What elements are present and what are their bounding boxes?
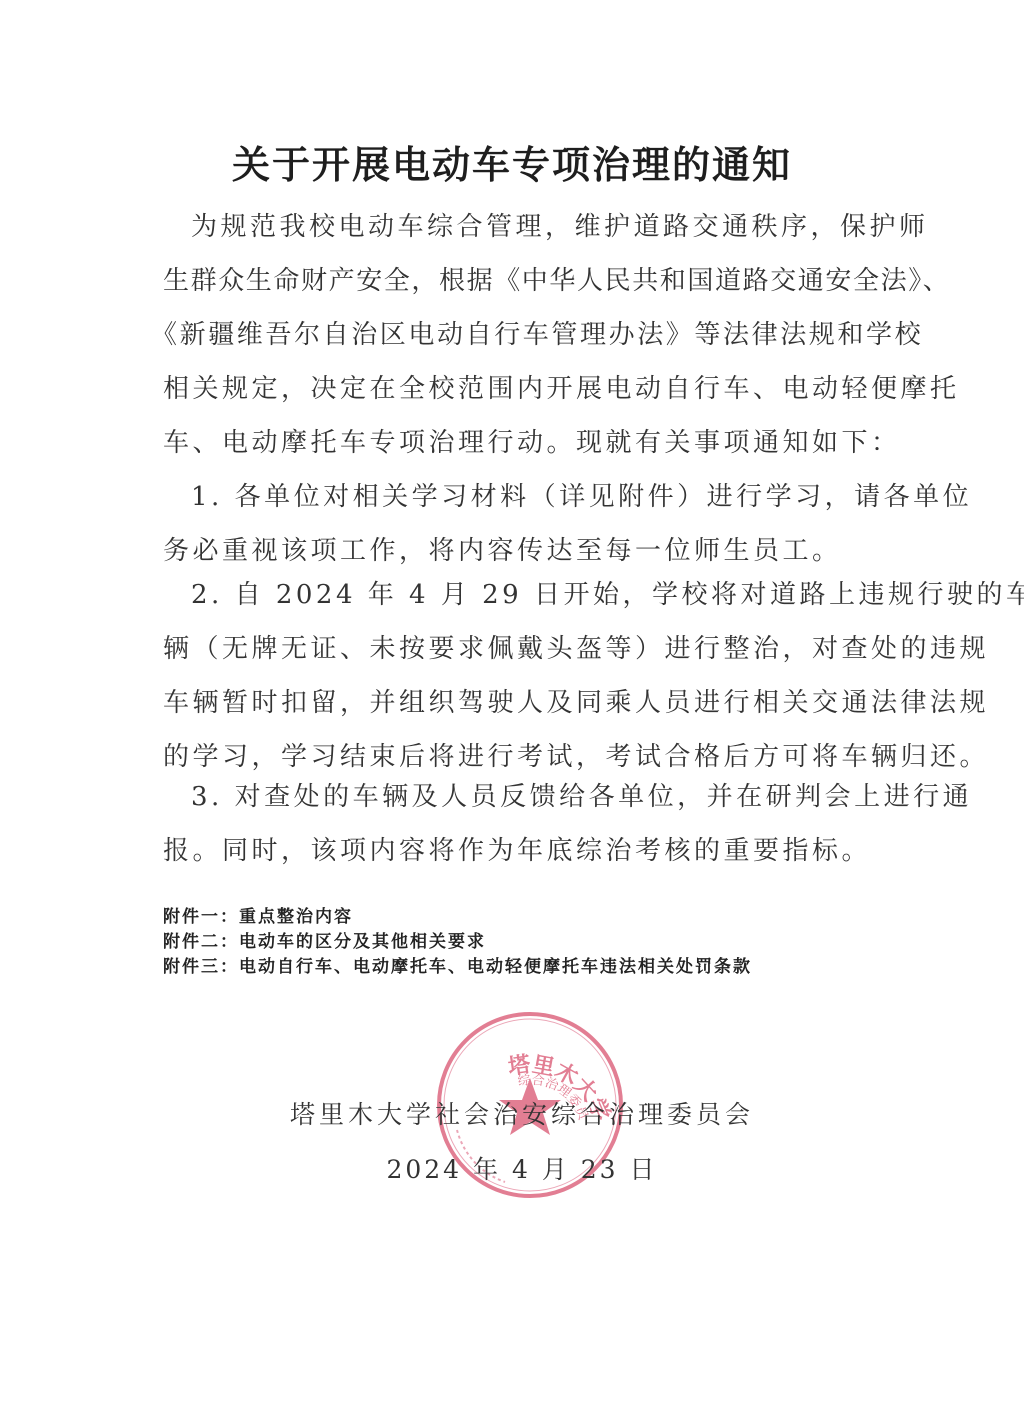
item-2-line: 2. 自 2024 年 4 月 29 日开始，学校将对道路上违规行驶的车 — [163, 568, 883, 622]
page-title: 关于开展电动车专项治理的通知 — [0, 134, 1024, 189]
item-3: 3. 对查处的车辆及人员反馈给各单位，并在研判会上进行通 报。同时，该项内容将作… — [163, 770, 883, 878]
issuing-committee: 塔里木大学社会治安综合治理委员会 — [0, 1095, 1024, 1131]
attachments-list: 附件一：重点整治内容 附件二：电动车的区分及其他相关要求 附件三：电动自行车、电… — [163, 905, 752, 980]
intro-line: 车、电动摩托车专项治理行动。现就有关事项通知如下： — [163, 416, 883, 470]
issue-date: 2024 年 4 月 23 日 — [0, 1150, 1024, 1186]
item-1: 1. 各单位对相关学习材料（详见附件）进行学习，请各单位 务必重视该项工作，将内… — [163, 470, 883, 578]
item-3-line: 3. 对查处的车辆及人员反馈给各单位，并在研判会上进行通 — [163, 770, 883, 824]
attachment-item: 附件二：电动车的区分及其他相关要求 — [163, 930, 752, 955]
intro-line: 为规范我校电动车综合管理，维护道路交通秩序，保护师 — [163, 200, 883, 254]
item-2: 2. 自 2024 年 4 月 29 日开始，学校将对道路上违规行驶的车 辆（无… — [163, 568, 883, 784]
item-2-line: 车辆暂时扣留，并组织驾驶人及同乘人员进行相关交通法律法规 — [163, 676, 883, 730]
intro-line: 《新疆维吾尔自治区电动自行车管理办法》等法律法规和学校 — [151, 308, 883, 362]
attachment-item: 附件三：电动自行车、电动摩托车、电动轻便摩托车违法相关处罚条款 — [163, 955, 752, 980]
item-3-line: 报。同时，该项内容将作为年底综治考核的重要指标。 — [163, 824, 883, 878]
item-1-line: 1. 各单位对相关学习材料（详见附件）进行学习，请各单位 — [163, 470, 883, 524]
item-2-line: 辆（无牌无证、未按要求佩戴头盔等）进行整治，对查处的违规 — [163, 622, 883, 676]
intro-line: 相关规定，决定在全校范围内开展电动自行车、电动轻便摩托 — [163, 362, 883, 416]
intro-paragraph: 为规范我校电动车综合管理，维护道路交通秩序，保护师 生群众生命财产安全，根据《中… — [163, 200, 883, 470]
intro-line: 生群众生命财产安全，根据《中华人民共和国道路交通安全法》、 — [163, 254, 883, 308]
attachment-item: 附件一：重点整治内容 — [163, 905, 752, 930]
